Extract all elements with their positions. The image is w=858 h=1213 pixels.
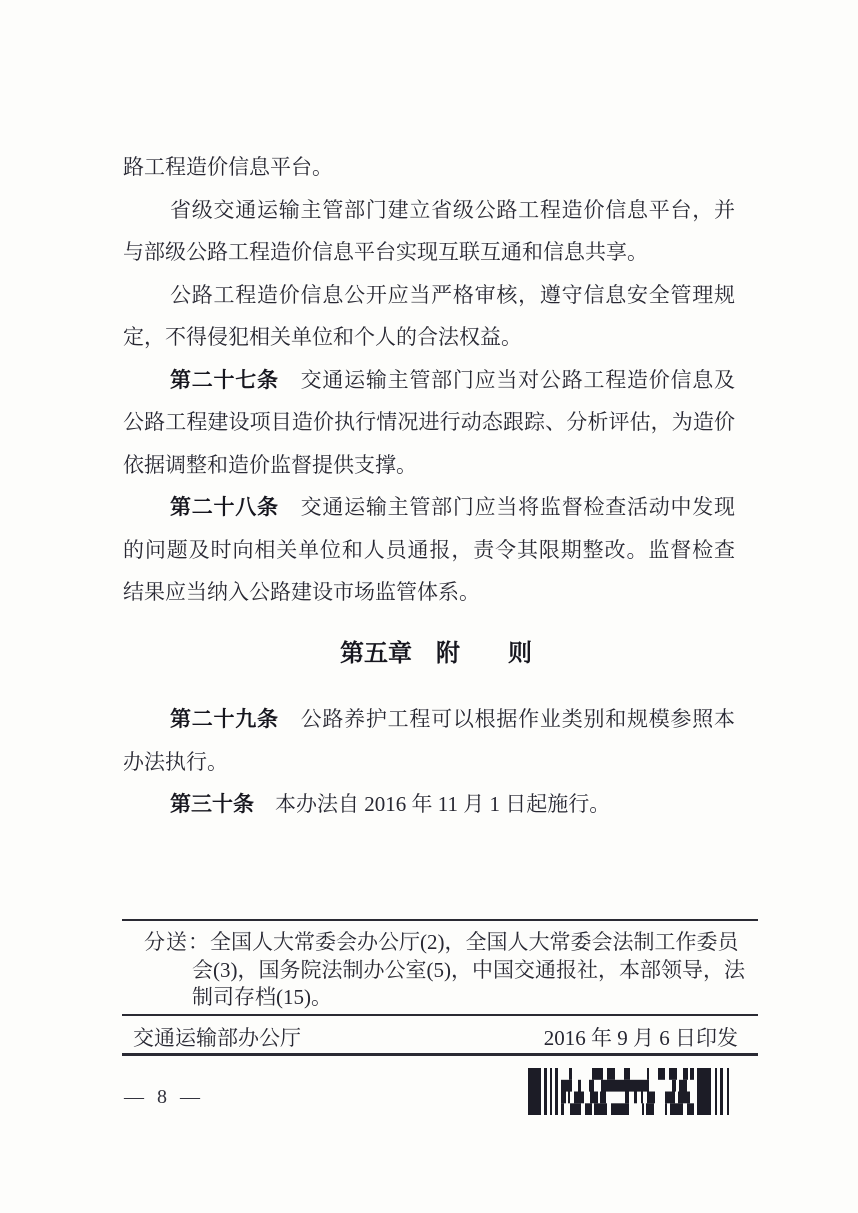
article-number: 第三十条	[170, 793, 254, 816]
document-body: 路工程造价信息平台。 省级交通运输主管部门建立省级公路工程造价信息平台，并 与部…	[123, 146, 735, 826]
chapter-heading: 第五章 附 则	[123, 633, 735, 676]
body-line: 依据调整和造价监督提供支撑。	[123, 444, 735, 487]
article-number: 第二十八条	[170, 496, 279, 519]
scanned-document-page: 路工程造价信息平台。 省级交通运输主管部门建立省级公路工程造价信息平台，并 与部…	[0, 0, 858, 1213]
distribution-line: 会(3)，国务院法制办公室(5)，中国交通报社，本部领导，法	[144, 957, 744, 985]
body-line-article-30: 第三十条 本办法自 2016 年 11 月 1 日起施行。	[123, 783, 735, 826]
body-line: 路工程造价信息平台。	[123, 146, 735, 189]
body-line: 的问题及时向相关单位和人员通报，责令其限期整改。监督检查	[123, 529, 735, 572]
body-line: 公路工程造价信息公开应当严格审核，遵守信息安全管理规	[123, 274, 735, 317]
body-line: 与部级公路工程造价信息平台实现互联互通和信息共享。	[123, 231, 735, 274]
footer-rule-middle	[122, 1014, 758, 1016]
body-line: 省级交通运输主管部门建立省级公路工程造价信息平台，并	[123, 189, 735, 232]
article-number: 第二十七条	[170, 369, 279, 392]
distribution-label: 分送：	[144, 930, 210, 954]
body-line: 办法执行。	[123, 741, 735, 784]
issuer-row: 交通运输部办公厅 2016 年 9 月 6 日印发	[133, 1024, 738, 1052]
footer-rule-bottom	[122, 1053, 758, 1056]
print-date: 2016 年 9 月 6 日印发	[544, 1024, 738, 1052]
issuing-office: 交通运输部办公厅	[133, 1024, 301, 1052]
body-line-article-29: 第二十九条 公路养护工程可以根据作业类别和规模参照本	[123, 698, 735, 741]
footer-rule-top	[122, 919, 758, 921]
body-line-article-27: 第二十七条 交通运输主管部门应当对公路工程造价信息及	[123, 359, 735, 402]
distribution-line: 制司存档(15)。	[144, 984, 744, 1012]
article-number: 第二十九条	[170, 708, 279, 731]
body-line: 公路工程建设项目造价执行情况进行动态跟踪、分析评估，为造价	[123, 401, 735, 444]
body-line: 结果应当纳入公路建设市场监管体系。	[123, 571, 735, 614]
barcode-2d	[528, 1068, 737, 1115]
distribution-line: 分送：全国人大常委会办公厅(2)，全国人大常委会法制工作委员	[144, 929, 744, 957]
body-line-article-28: 第二十八条 交通运输主管部门应当将监督检查活动中发现	[123, 486, 735, 529]
page-number: — 8 —	[124, 1086, 204, 1109]
distribution-block: 分送：全国人大常委会办公厅(2)，全国人大常委会法制工作委员 会(3)，国务院法…	[144, 929, 744, 1012]
body-line: 定，不得侵犯相关单位和个人的合法权益。	[123, 316, 735, 359]
